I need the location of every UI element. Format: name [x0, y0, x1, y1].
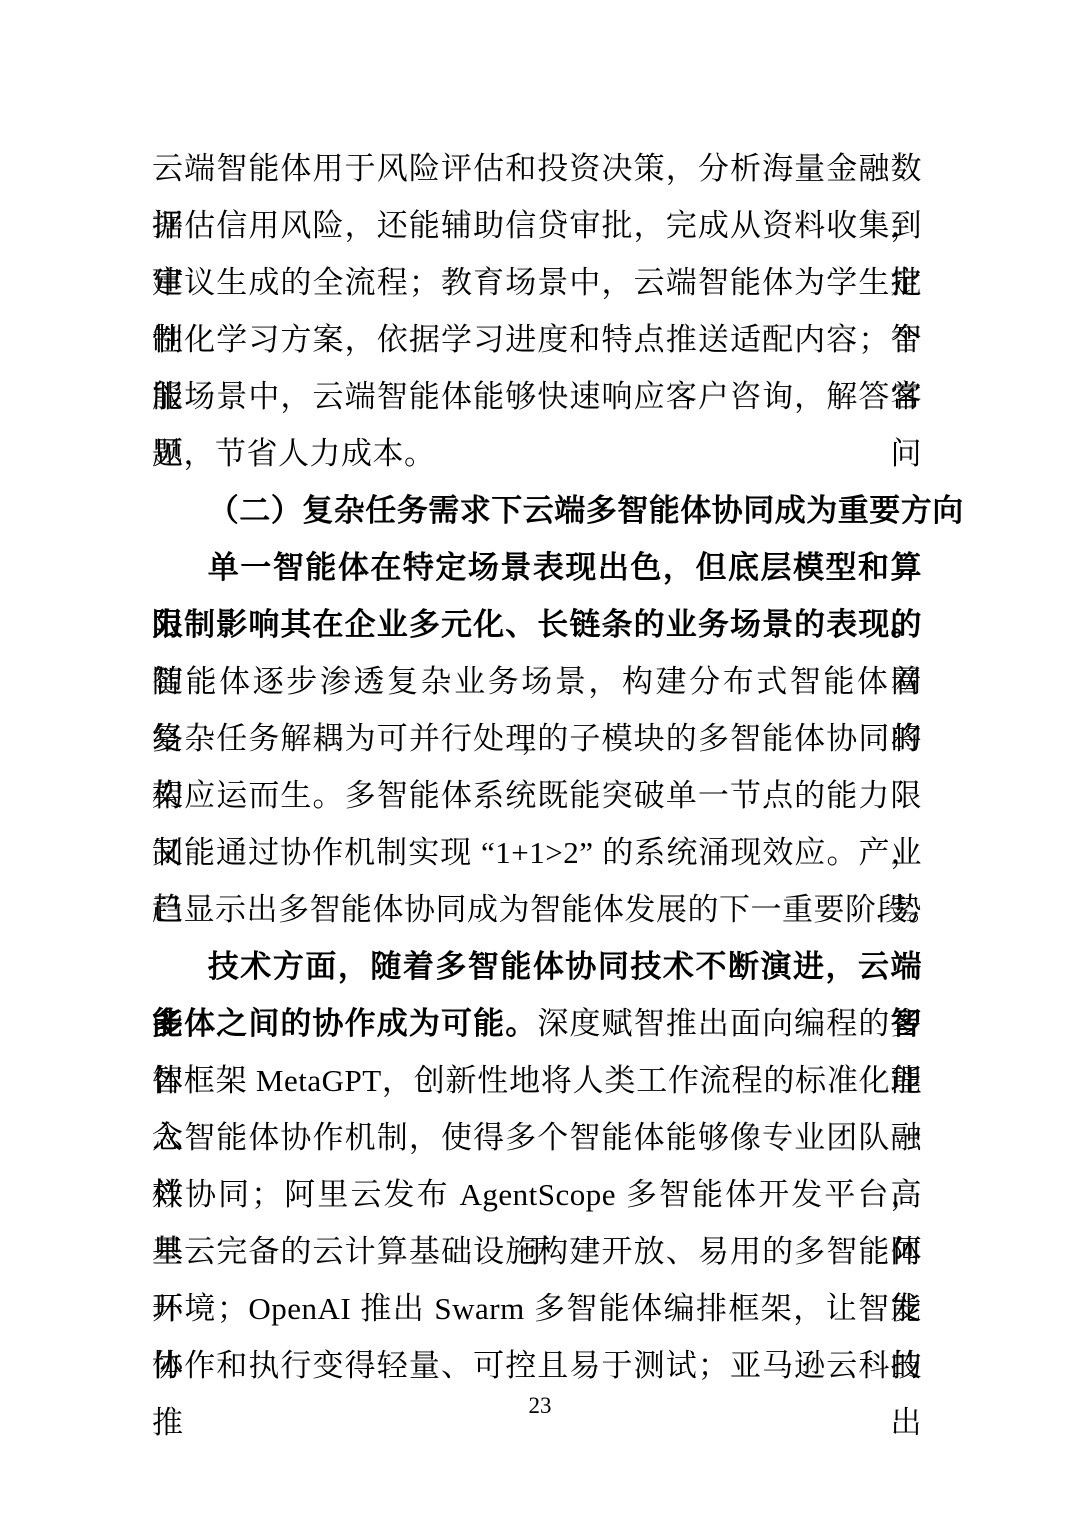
text-line: 体框架 MetaGPT，创新性地将人类工作流程的标准化理念融 — [152, 1052, 922, 1109]
text-line: 性化学习方案，依据学习进度和特点推送适配内容；智能客 — [152, 311, 922, 368]
page-body-text: 云端智能体用于风险评估和投资决策，分析海量金融数据， 评估信用风险，还能辅助信贷… — [152, 140, 922, 1394]
text-line: 评估信用风险，还能辅助信贷审批，完成从资料收集到审批 — [152, 197, 922, 254]
text-run: 题，节省人力成本。 — [152, 436, 436, 471]
text-line: 入智能体协作机制，使得多个智能体能够像专业团队一样高 — [152, 1109, 922, 1166]
text-line: 技术方面，随着多智能体协同技术不断演进，云端多智 — [152, 938, 922, 995]
text-line: 单一智能体在特定场景表现出色，但底层模型和算力的 — [152, 539, 922, 596]
text-line: 已显示出多智能体协同成为智能体发展的下一重要阶段。 — [152, 881, 922, 938]
text-line: 环境；OpenAI 推出 Swarm 多智能体编排框架，让智能体的 — [152, 1280, 922, 1337]
text-line: 云端智能体用于风险评估和投资决策，分析海量金融数据， — [152, 140, 922, 197]
text-line: 建议生成的全流程；教育场景中，云端智能体为学生定制个 — [152, 254, 922, 311]
text-line: 效协同；阿里云发布 AgentScope 多智能体开发平台，基于阿 — [152, 1166, 922, 1223]
text-line: 智能体逐步渗透复杂业务场景，构建分布式智能体网络，将 — [152, 653, 922, 710]
text-line: 限制影响其在企业多元化、长链条的业务场景的表现。随着 — [152, 596, 922, 653]
text-run: 已显示出多智能体协同成为智能体发展的下一重要阶段。 — [152, 892, 940, 927]
emphasis-run: 限制影响其在企业多元化、长链条的业务场景的表现。 — [152, 607, 922, 642]
text-line: 构应运而生。多智能体系统既能突破单一节点的能力限制， — [152, 767, 922, 824]
text-line: 又能通过协作机制实现 “1+1>2” 的系统涌现效应。产业趋势 — [152, 824, 922, 881]
page-number: 23 — [0, 1392, 1080, 1420]
heading-text: （二）复杂任务需求下云端多智能体协同成为重要方向 — [208, 493, 964, 528]
section-heading: （二）复杂任务需求下云端多智能体协同成为重要方向 — [152, 482, 922, 539]
text-line: 复杂任务解耦为可并行处理的子模块的多智能体协同的架 — [152, 710, 922, 767]
text-line: 协作和执行变得轻量、可控且易于测试；亚马逊云科技推出 — [152, 1337, 922, 1394]
text-line: 能体之间的协作成为可能。深度赋智推出面向编程的多智能 — [152, 995, 922, 1052]
text-line: 里云完备的云计算基础设施构建开放、易用的多智能体开发 — [152, 1223, 922, 1280]
document-page: 云端智能体用于风险评估和投资决策，分析海量金融数据， 评估信用风险，还能辅助信贷… — [0, 0, 1080, 1527]
emphasis-run: 能体之间的协作成为可能。 — [152, 1006, 537, 1041]
text-line: 服场景中，云端智能体能够快速响应客户咨询，解答常见问 — [152, 368, 922, 425]
